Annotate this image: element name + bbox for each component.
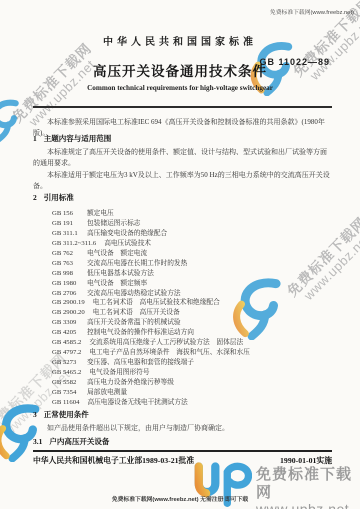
header-rule [33, 106, 332, 108]
section-1-heading: 1主题内容与适用范围 [33, 133, 111, 144]
reference-title: 电气设备用图形符号 [89, 369, 149, 376]
section-title: 主题内容与适用范围 [44, 134, 112, 143]
corner-download-note: 免费标准下载网(www.freebz.net) [270, 7, 354, 16]
approval-note: 中华人民共和国机械电子工业部1989-03-21批准 [33, 455, 194, 466]
reference-title: 局部放电测量 [87, 389, 127, 396]
reference-code: GB 4797.2 [52, 349, 81, 356]
upbz-site-name: 免费标准下载网 [256, 466, 360, 502]
national-standard-title: 中华人民共和国国家标准 [0, 33, 360, 48]
reference-row: GB 5582高压电力设备外绝缘污秽等级 [52, 376, 350, 386]
reference-code: GB 998 [52, 270, 79, 277]
scanned-standard-page: 免费标准下载网 www.upbz.net 免费标准下载网 www.upbz.ne… [0, 0, 360, 509]
reference-title: 包装储运图示标志 [87, 220, 141, 227]
reference-row: GB 2706交流高压电器动热稳定试验方法 [52, 287, 350, 297]
reference-code: GB 156 [52, 210, 79, 217]
bottom-download-note: 免费标准下载网(www.freebz.net) 无需注册 即可下载 [90, 494, 270, 503]
reference-title: 电工名词术语 高压开关设备 [93, 309, 180, 316]
reference-row: GB 5273变压器、高压电器和套管的接线端子 [52, 356, 350, 366]
reference-title: 交流高压电器动热稳定试验方法 [87, 290, 181, 297]
reference-row: GB 1980电气设备 额定频率 [52, 277, 350, 287]
reference-title: 电工电子产品自然环境条件 海拔和气压、水深和水压 [89, 349, 250, 356]
reference-row: GB 156额定电压 [52, 207, 350, 217]
reference-row: GB 3309高压开关设备常温下的机械试验 [52, 316, 350, 326]
reference-code: GB 311.1 [52, 230, 79, 237]
upbz-site-url: www.upbz.net [256, 502, 360, 509]
reference-row: GB 7354局部放电测量 [52, 386, 350, 396]
references-list: GB 156额定电压GB 191包装储运图示标志GB 311.1高压输变电设备的… [52, 207, 350, 406]
reference-row: GB 311.2~311.6高电压试验技术 [52, 237, 350, 247]
reference-title: 电气设备 额定电流 [87, 250, 147, 257]
section-1-paragraph: 本标准适用于额定电压为3 kV及以上、工作频率为50 Hz的三相电力系统中的交流… [33, 170, 332, 191]
reference-title: 高压开关设备常温下的机械试验 [87, 319, 181, 326]
reference-row: GB 763交流高压电器在长期工作时的发热 [52, 257, 350, 267]
reference-title: 高压电力设备外绝缘污秽等级 [87, 379, 174, 386]
reference-row: GB 4205控制电气设备的操作件标准运动方向 [52, 326, 350, 336]
section-number: 2 [33, 193, 37, 202]
reference-row: GB 311.1高压输变电设备的绝缘配合 [52, 227, 350, 237]
reference-code: GB 1980 [52, 280, 79, 287]
section-title: 户内高压开关设备 [49, 437, 109, 446]
reference-title: 变压器、高压电器和套管的接线端子 [87, 359, 194, 366]
reference-code: GB 5582 [52, 379, 79, 386]
upbz-swirl-logo-icon [0, 98, 28, 142]
reference-code: GB 2706 [52, 290, 79, 297]
section-number: 1 [33, 134, 37, 143]
reference-code: GB 3309 [52, 319, 79, 326]
reference-title: 交流高压电器在长期工作时的发热 [87, 260, 187, 267]
reference-code: GB 4205 [52, 329, 79, 336]
reference-code: GB 2900.20 [52, 309, 85, 316]
reference-title: 高压电器设备无线电干扰测试方法 [87, 399, 187, 406]
reference-title: 额定电压 [87, 210, 114, 217]
section-title: 引用标准 [44, 193, 74, 202]
reference-code: GB 5465.2 [52, 369, 81, 376]
section-3-1-heading: 3.1户内高压开关设备 [33, 436, 109, 447]
reference-title: 高电压试验技术 [104, 240, 151, 247]
reference-title: 控制电气设备的操作件标准运动方向 [87, 329, 194, 336]
reference-row: GB 5465.2电气设备用图形符号 [52, 366, 350, 376]
reference-row: GB 11604高压电器设备无线电干扰测试方法 [52, 396, 350, 406]
section-2-heading: 2引用标准 [33, 192, 74, 203]
reference-code: GB 191 [52, 220, 79, 227]
section-1-paragraph: 本标准规定了高压开关设备的使用条件、额定值、设计与结构、型式试验和出厂试验等方面… [33, 147, 332, 168]
reference-code: GB 7354 [52, 389, 79, 396]
section-3-paragraph: 如产品使用条件超出以下规定，由用户与制造厂协商确定。 [33, 423, 332, 434]
reference-title: 高压输变电设备的绝缘配合 [87, 230, 167, 237]
reference-row: GB 191包装储运图示标志 [52, 217, 350, 227]
reference-code: GB 763 [52, 260, 79, 267]
implementation-date: 1990-01-01实施 [280, 455, 332, 466]
footer-rule [33, 450, 332, 452]
reference-code: GB 4585.2 [52, 339, 81, 346]
section-number: 3 [33, 410, 37, 419]
upbz-logo-text: 免费标准下载网 www.upbz.net [256, 466, 360, 509]
reference-code: GB 762 [52, 250, 79, 257]
reference-row: GB 2900.19电工名词术语 高电压试验技术和绝缘配合 [52, 296, 350, 306]
reference-row: GB 4797.2电工电子产品自然环境条件 海拔和气压、水深和水压 [52, 346, 350, 356]
reference-code: GB 5273 [52, 359, 79, 366]
reference-title: 电气设备 额定频率 [87, 280, 147, 287]
reference-code: GB 2900.19 [52, 299, 85, 306]
reference-title: 低压电器基本试验方法 [87, 270, 154, 277]
document-title-english: Common technical requirements for high-v… [0, 84, 360, 92]
reference-title: 交流系统用高压绝缘子人工污秽试验方法 固体层法 [89, 339, 243, 346]
document-title: 高压开关设备通用技术条件 [0, 60, 360, 80]
reference-row: GB 4585.2交流系统用高压绝缘子人工污秽试验方法 固体层法 [52, 336, 350, 346]
section-3-heading: 3正常使用条件 [33, 409, 89, 420]
reference-code: GB 11604 [52, 399, 79, 406]
reference-title: 电工名词术语 高电压试验技术和绝缘配合 [93, 299, 220, 306]
section-title: 正常使用条件 [44, 410, 89, 419]
reference-code: GB 311.2~311.6 [52, 240, 96, 247]
section-number: 3.1 [33, 437, 42, 446]
reference-row: GB 762电气设备 额定电流 [52, 247, 350, 257]
reference-row: GB 998低压电器基本试验方法 [52, 267, 350, 277]
reference-row: GB 2900.20电工名词术语 高压开关设备 [52, 306, 350, 316]
